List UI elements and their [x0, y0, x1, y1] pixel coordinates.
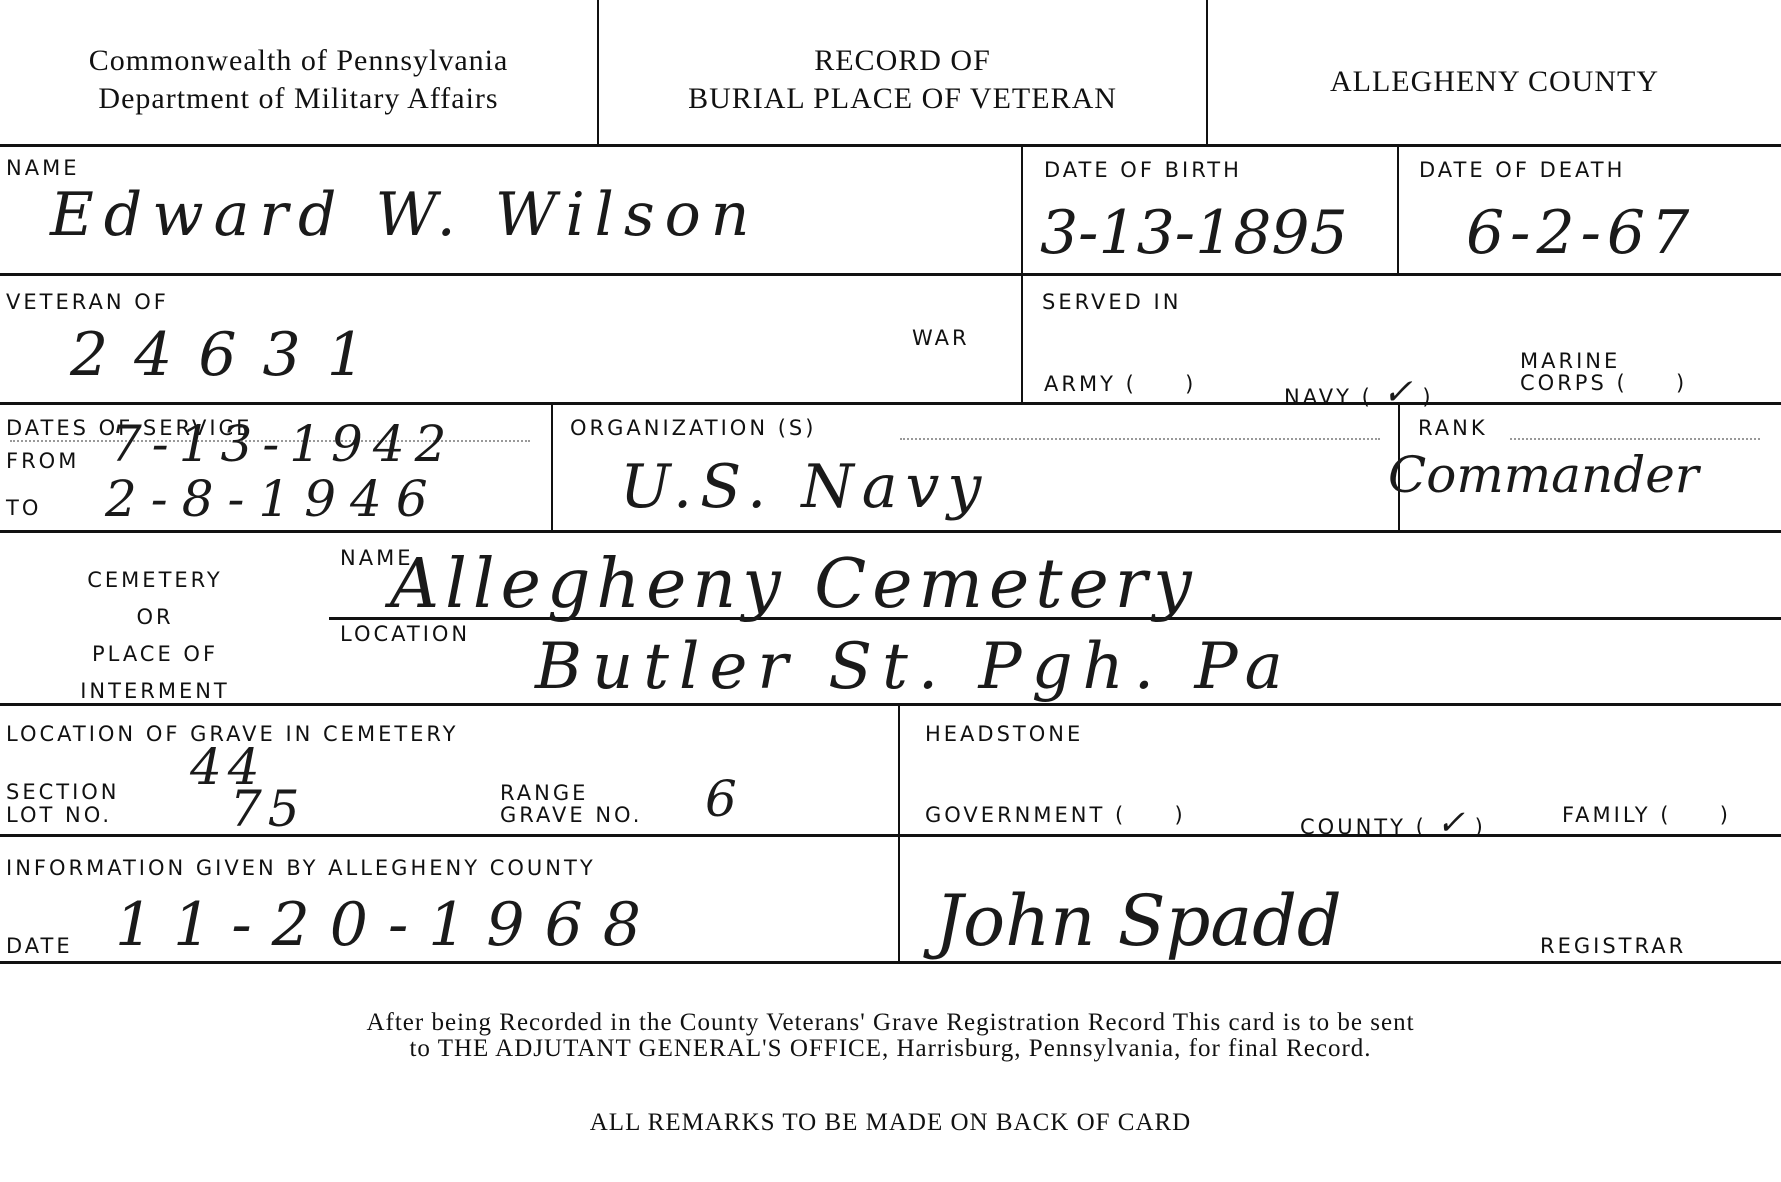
veteran-of-field[interactable]: 24631: [70, 320, 391, 390]
grave-number-field[interactable]: 6: [705, 770, 737, 828]
date-of-birth-label: DATE OF BIRTH: [1044, 158, 1242, 182]
grave-number-label: GRAVE NO.: [500, 803, 642, 827]
war-label: WAR: [912, 326, 970, 350]
county-close: ): [1475, 815, 1486, 839]
instruction-line-1: After being Recorded in the County Veter…: [0, 1010, 1781, 1036]
date-of-death-label: DATE OF DEATH: [1419, 158, 1625, 182]
county-label: COUNTY (: [1300, 815, 1427, 839]
organization-label: ORGANIZATION (S): [570, 416, 816, 440]
divider: [551, 403, 553, 531]
issuer-line-1: Commonwealth of Pennsylvania: [0, 42, 597, 80]
form-title: RECORD OF BURIAL PLACE OF VETERAN: [599, 42, 1206, 118]
county-checkbox[interactable]: COUNTY ( ✓ ): [1300, 803, 1486, 843]
navy-label: NAVY (: [1284, 385, 1373, 409]
section-label: SECTION: [6, 780, 120, 804]
cemetery-location-field[interactable]: Butler St. Pgh. Pa: [535, 630, 1293, 704]
divider: [0, 402, 1781, 405]
from-label: FROM: [6, 449, 79, 473]
range-label: RANGE: [500, 781, 588, 805]
served-in-label: SERVED IN: [1042, 290, 1181, 314]
mailing-instructions: After being Recorded in the County Veter…: [0, 1010, 1781, 1062]
divider: [0, 144, 1781, 147]
issuer-header: Commonwealth of Pennsylvania Department …: [0, 42, 597, 118]
information-given-label: INFORMATION GIVEN BY ALLEGHENY COUNTY: [6, 856, 596, 880]
dotted-line: [900, 438, 1380, 440]
form-title-line-2: BURIAL PLACE OF VETERAN: [599, 80, 1206, 118]
or-word: OR: [40, 599, 270, 636]
divider: [0, 530, 1781, 533]
issuer-line-2: Department of Military Affairs: [0, 80, 597, 118]
service-to-field[interactable]: 2-8-1946: [105, 470, 442, 528]
interment-word: INTERMENT: [40, 673, 270, 710]
divider: [0, 273, 1781, 276]
name-label: NAME: [6, 156, 79, 180]
registrar-label: REGISTRAR: [1540, 934, 1686, 958]
to-label: TO: [6, 496, 41, 520]
dotted-line: [1510, 438, 1760, 440]
date-label: DATE: [6, 934, 73, 958]
form-title-line-1: RECORD OF: [599, 42, 1206, 80]
army-checkbox[interactable]: ARMY ( ): [1044, 372, 1196, 396]
corps-label: CORPS ( ): [1520, 372, 1687, 394]
rank-field[interactable]: Commander: [1388, 446, 1699, 504]
marine-corps-checkbox[interactable]: MARINE CORPS ( ): [1520, 350, 1687, 394]
veteran-of-label: VETERAN OF: [6, 290, 169, 314]
instruction-line-2: to THE ADJUTANT GENERAL'S OFFICE, Harris…: [0, 1036, 1781, 1062]
date-of-death-field[interactable]: 6-2-67: [1466, 198, 1695, 268]
divider: [1397, 145, 1399, 275]
registrar-signature[interactable]: John Spadd: [935, 880, 1342, 962]
navy-checkbox[interactable]: NAVY ( ✓ ): [1284, 372, 1434, 413]
veteran-name-field[interactable]: Edward W. Wilson: [50, 180, 759, 250]
organization-field[interactable]: U.S. Navy: [620, 452, 989, 522]
government-checkbox[interactable]: GOVERNMENT ( ): [925, 803, 1186, 827]
date-of-birth-field[interactable]: 3-13-1895: [1040, 198, 1348, 268]
county-header: ALLEGHENY COUNTY: [1208, 63, 1781, 101]
lot-number-field[interactable]: 75: [230, 780, 306, 838]
place-of-word: PLACE OF: [40, 636, 270, 673]
navy-close: ): [1422, 385, 1433, 409]
cemetery-name-field[interactable]: Allegheny Cemetery: [390, 545, 1198, 624]
divider: [898, 704, 900, 962]
headstone-label: HEADSTONE: [925, 722, 1083, 746]
family-checkbox[interactable]: FAMILY ( ): [1562, 803, 1731, 827]
information-date-field[interactable]: 11-20-1968: [115, 890, 661, 960]
cemetery-word: CEMETERY: [40, 562, 270, 599]
divider: [0, 961, 1781, 964]
remarks-notice: ALL REMARKS TO BE MADE ON BACK OF CARD: [0, 1110, 1781, 1136]
lot-number-label: LOT NO.: [6, 803, 112, 827]
service-from-field[interactable]: 7-13-1942: [110, 415, 456, 473]
burial-record-card: Commonwealth of Pennsylvania Department …: [0, 0, 1781, 1182]
marine-label: MARINE: [1520, 350, 1687, 372]
cemetery-location-label: LOCATION: [340, 622, 470, 646]
rank-label: RANK: [1418, 416, 1488, 440]
county-check-mark: ✓: [1436, 803, 1465, 843]
cemetery-side-label: CEMETERY OR PLACE OF INTERMENT: [40, 562, 270, 710]
navy-check-mark: ✓: [1382, 372, 1412, 413]
